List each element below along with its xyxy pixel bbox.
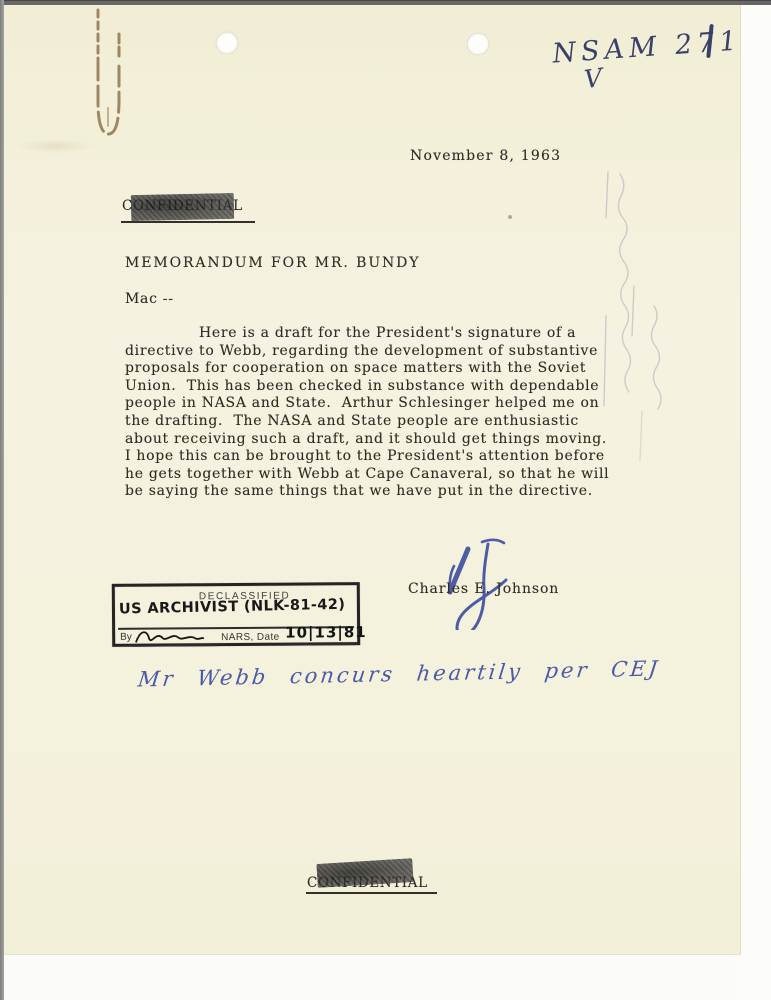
memo-body: Here is a draft for the President's sign…	[125, 325, 609, 501]
scan-margin-right	[741, 5, 771, 1000]
hole-punch-right	[467, 33, 489, 55]
scan-edge-left	[0, 0, 4, 1000]
paper-clip-mark	[86, 4, 132, 142]
obliteration-stamp-top	[131, 193, 235, 221]
declass-authority-handwriting: US ARCHIVIST (NLK-81-42)	[119, 596, 357, 617]
memo-salutation: Mac --	[125, 291, 174, 307]
body-line: proposals for cooperation on space matte…	[125, 360, 609, 378]
body-line: the drafting. The NASA and State people …	[125, 413, 609, 431]
body-line: I hope this can be brought to the Presid…	[125, 448, 609, 466]
classification-bottom-underline	[306, 892, 437, 894]
declass-date-handwriting: 10|13|81	[285, 623, 367, 642]
memo-date: November 8, 1963	[410, 148, 561, 164]
declassification-stamp: DECLASSIFIED US ARCHIVIST (NLK-81-42) By…	[112, 582, 360, 647]
body-line: people in NASA and State. Arthur Schlesi…	[125, 395, 609, 413]
memo-heading: MEMORANDUM FOR MR. BUNDY	[125, 255, 420, 271]
body-line: about receiving such a draft, and it sho…	[125, 431, 609, 449]
body-line: Here is a draft for the President's sign…	[125, 325, 609, 343]
classification-top-underline	[121, 221, 255, 223]
signer-typed-name: Charles E. Johnson	[408, 581, 559, 597]
stamp-underline-by	[132, 644, 218, 646]
check-mark-handwriting: V	[583, 62, 604, 94]
hole-punch-left	[216, 32, 238, 54]
body-line: be saying the same things that we have p…	[125, 483, 609, 501]
stamp-underline-date	[281, 643, 355, 645]
paper-speck	[508, 215, 512, 219]
body-line: Union. This has been checked in substanc…	[125, 378, 609, 396]
body-line: directive to Webb, regarding the develop…	[125, 343, 609, 361]
scanned-memo-page: NSAM 271 V November 8, 1963 CONFIDENTIAL…	[0, 0, 771, 1000]
scan-margin-bottom	[4, 955, 741, 1000]
body-line: he gets together with Webb at Cape Canav…	[125, 466, 609, 484]
paper-stain	[16, 138, 96, 154]
by-label: By	[120, 632, 132, 643]
nars-date-label: NARS, Date	[221, 632, 280, 643]
